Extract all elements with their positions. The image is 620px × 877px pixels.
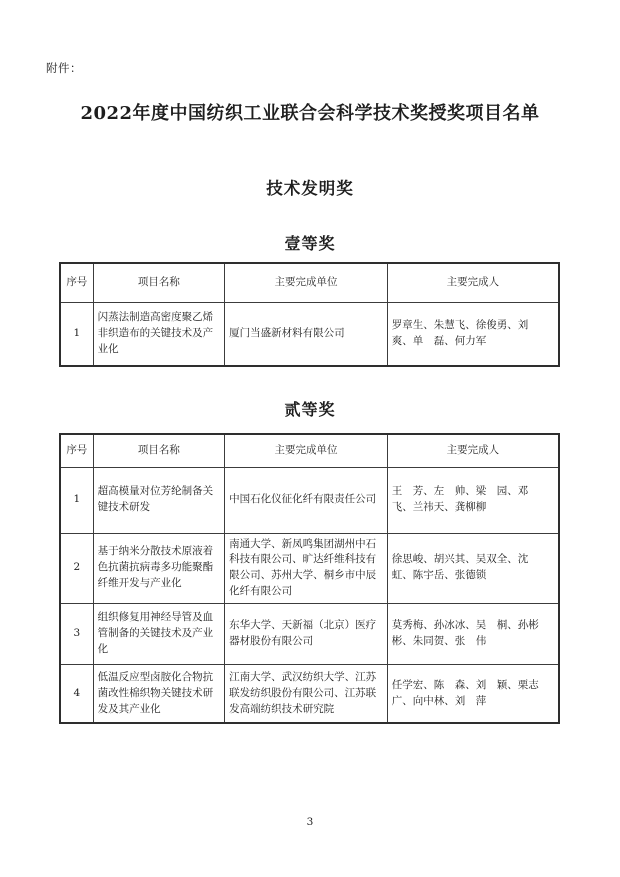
table-row: 2 基于纳米分散技术原液着色抗菌抗病毒多功能聚酯纤维开发与产业化 南通大学、新凤…	[60, 533, 559, 604]
column-header-no: 序号	[60, 434, 93, 467]
column-header-project: 项目名称	[93, 434, 225, 467]
second-prize-table: 序号 项目名称 主要完成单位 主要完成人 1 超高模量对位芳纶制备关键技术研发 …	[59, 433, 560, 724]
page-number: 3	[0, 816, 620, 828]
column-header-units: 主要完成单位	[225, 434, 388, 467]
first-prize-table: 序号 项目名称 主要完成单位 主要完成人 1 闪蒸法制造高密度聚乙烯非织造布的关…	[59, 262, 560, 367]
completing-units: 厦门当盛新材料有限公司	[225, 302, 388, 366]
completing-units: 江南大学、武汉纺织大学、江苏联发纺织股份有限公司、江苏联发高端纺织技术研究院	[225, 665, 388, 723]
project-name: 低温反应型卤胺化合物抗菌改性棉织物关键技术研发及其产业化	[93, 665, 225, 723]
completing-units: 东华大学、天新福（北京）医疗器材股份有限公司	[225, 604, 388, 665]
project-name: 超高模量对位芳纶制备关键技术研发	[93, 467, 225, 533]
column-header-people: 主要完成人	[387, 434, 559, 467]
completing-people: 徐思峻、胡兴其、吴双全、沈 虹、陈宇岳、张德锁	[387, 533, 559, 604]
table-row: 1 超高模量对位芳纶制备关键技术研发 中国石化仪征化纤有限责任公司 王 芳、左 …	[60, 467, 559, 533]
project-name: 基于纳米分散技术原液着色抗菌抗病毒多功能聚酯纤维开发与产业化	[93, 533, 225, 604]
row-number: 1	[60, 467, 93, 533]
table-row: 4 低温反应型卤胺化合物抗菌改性棉织物关键技术研发及其产业化 江南大学、武汉纺织…	[60, 665, 559, 723]
column-header-no: 序号	[60, 263, 93, 302]
table-row: 3 组织修复用神经导管及血管制备的关键技术及产业化 东华大学、天新福（北京）医疗…	[60, 604, 559, 665]
table-header-row: 序号 项目名称 主要完成单位 主要完成人	[60, 434, 559, 467]
document-title: 2022年度中国纺织工业联合会科学技术奖授奖项目名单	[0, 99, 620, 125]
completing-people: 王 芳、左 帅、梁 园、邓 飞、兰祎天、龚柳柳	[387, 467, 559, 533]
document-page: 附件： 2022年度中国纺织工业联合会科学技术奖授奖项目名单 技术发明奖 壹等奖…	[0, 0, 620, 877]
project-name: 闪蒸法制造高密度聚乙烯非织造布的关键技术及产业化	[93, 302, 225, 366]
attachment-label: 附件：	[46, 60, 82, 76]
column-header-people: 主要完成人	[387, 263, 559, 302]
row-number: 4	[60, 665, 93, 723]
completing-people: 莫秀梅、孙冰冰、吴 桐、孙彬彬、朱同贺、张 伟	[387, 604, 559, 665]
award-category-heading: 技术发明奖	[0, 175, 620, 199]
project-name: 组织修复用神经导管及血管制备的关键技术及产业化	[93, 604, 225, 665]
row-number: 1	[60, 302, 93, 366]
completing-people: 罗章生、朱慧飞、徐俊勇、刘 爽、单 磊、何力军	[387, 302, 559, 366]
first-prize-heading: 壹等奖	[0, 231, 620, 254]
table-header-row: 序号 项目名称 主要完成单位 主要完成人	[60, 263, 559, 302]
completing-units: 中国石化仪征化纤有限责任公司	[225, 467, 388, 533]
row-number: 3	[60, 604, 93, 665]
second-prize-heading: 贰等奖	[0, 397, 620, 420]
completing-units: 南通大学、新凤鸣集团湖州中石科技有限公司、旷达纤维科技有限公司、苏州大学、桐乡市…	[225, 533, 388, 604]
column-header-project: 项目名称	[93, 263, 225, 302]
table-row: 1 闪蒸法制造高密度聚乙烯非织造布的关键技术及产业化 厦门当盛新材料有限公司 罗…	[60, 302, 559, 366]
column-header-units: 主要完成单位	[225, 263, 388, 302]
row-number: 2	[60, 533, 93, 604]
completing-people: 任学宏、陈 森、刘 颖、栗志广、向中林、刘 萍	[387, 665, 559, 723]
